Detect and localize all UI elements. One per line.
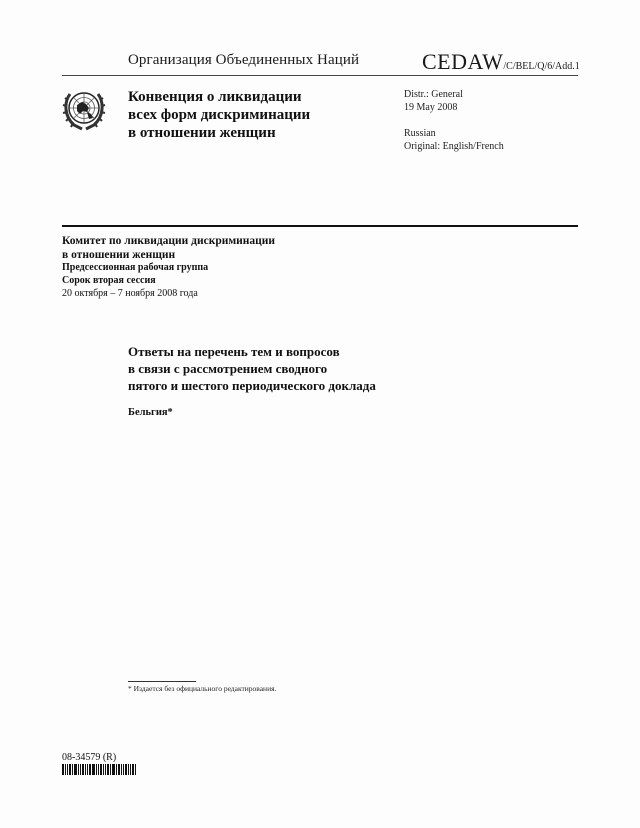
document-number: 08-34579 (R) (62, 752, 116, 763)
document-symbol-suffix: /C/BEL/Q/6/Add.1 (503, 61, 579, 72)
session-dates: 20 октября – 7 ноября 2008 года (62, 287, 275, 300)
document-metadata: Distr.: General 19 May 2008 Russian Orig… (404, 88, 504, 153)
issue-date: 19 May 2008 (404, 101, 504, 114)
convention-title-line: Конвенция о ликвидации (128, 88, 310, 106)
original-language: Original: English/French (404, 140, 504, 153)
working-group: Предсессионная рабочая группа (62, 262, 275, 275)
document-heading: Ответы на перечень тем и вопросов в связ… (128, 343, 376, 394)
language: Russian (404, 127, 504, 140)
document-heading-line: в связи с рассмотрением сводного (128, 360, 376, 377)
document-symbol-main: CEDAW (422, 49, 503, 74)
committee-block: Комитет по ликвидации дискриминации в от… (62, 234, 275, 300)
footnote: * Издается без официального редактирован… (128, 684, 276, 693)
convention-title-line: всех форм дискриминации (128, 106, 310, 124)
committee-name: в отношении женщин (62, 248, 275, 262)
document-heading-line: пятого и шестого периодического доклада (128, 377, 376, 394)
distribution: Distr.: General (404, 88, 504, 101)
organization-name: Организация Объединенных Наций (128, 52, 359, 69)
un-emblem-icon (62, 86, 106, 132)
session: Сорок вторая сессия (62, 275, 275, 288)
header-rule (62, 75, 578, 76)
convention-title: Конвенция о ликвидации всех форм дискрим… (128, 88, 310, 142)
footnote-rule (128, 681, 196, 682)
barcode-icon (62, 764, 150, 775)
committee-name: Комитет по ликвидации дискриминации (62, 234, 275, 248)
convention-title-line: в отношении женщин (128, 124, 310, 142)
country-name: Бельгия* (128, 407, 173, 418)
section-rule (62, 225, 578, 227)
document-symbol: CEDAW/C/BEL/Q/6/Add.1 (422, 49, 580, 75)
document-heading-line: Ответы на перечень тем и вопросов (128, 343, 376, 360)
